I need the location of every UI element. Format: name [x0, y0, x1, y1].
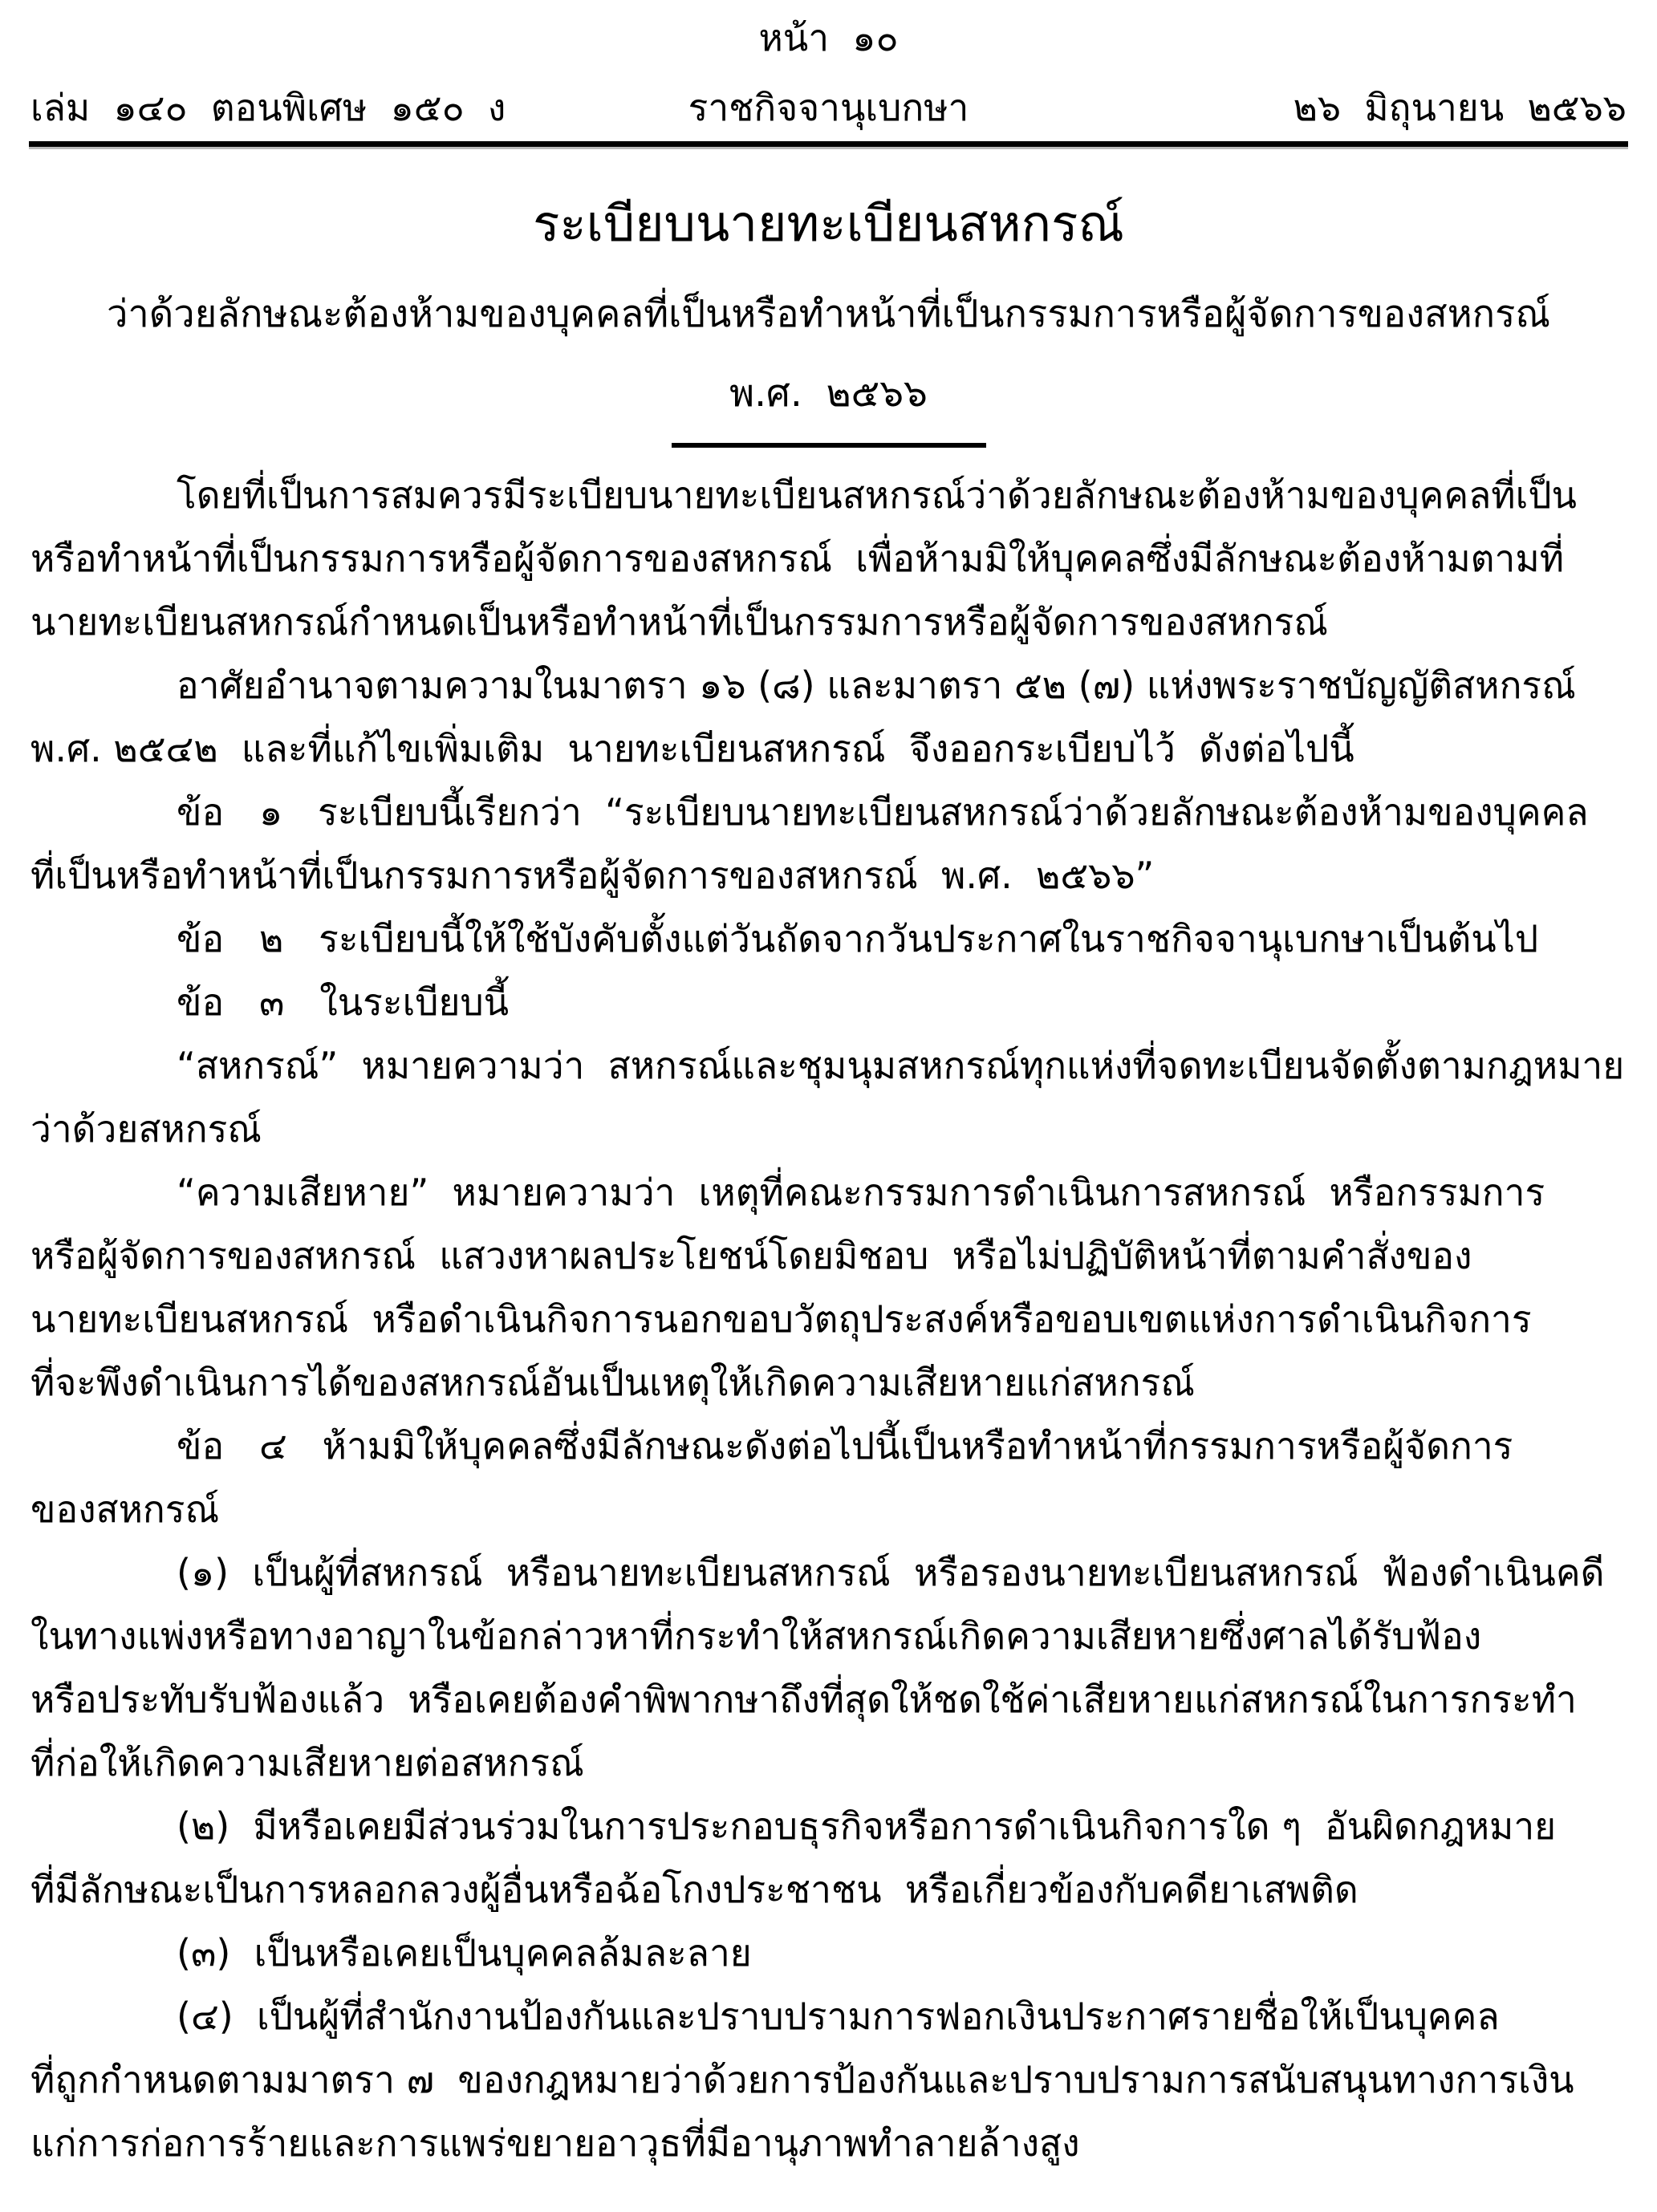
body-line: ในทางแพ่งหรือทางอาญาในข้อกล่าวหาที่กระทำ…: [30, 1605, 1628, 1668]
body-line: หรือประทับรับฟ้องแล้ว หรือเคยต้องคำพิพาก…: [30, 1668, 1628, 1731]
body-line: ที่ถูกกำหนดตามมาตรา ๗ ของกฎหมายว่าด้วยกา…: [30, 2048, 1628, 2112]
body-line: อาศัยอำนาจตามความในมาตรา ๑๖ (๘) และมาตรา…: [30, 654, 1628, 717]
document-title: ระเบียบนายทะเบียนสหกรณ์: [0, 193, 1657, 255]
volume-issue-label: เล่ม ๑๔๐ ตอนพิเศษ ๑๕๐ ง: [30, 83, 640, 132]
body-line: ของสหกรณ์: [30, 1478, 1628, 1541]
title-divider-rule: [672, 443, 986, 448]
masthead-row: เล่ม ๑๔๐ ตอนพิเศษ ๑๕๐ ง ราชกิจจานุเบกษา …: [0, 83, 1657, 132]
body-line: หรือทำหน้าที่เป็นกรรมการหรือผู้จัดการของ…: [30, 527, 1628, 591]
body-line: ว่าด้วยสหกรณ์: [30, 1098, 1628, 1161]
body-line: “ความเสียหาย” หมายความว่า เหตุที่คณะกรรม…: [30, 1161, 1628, 1224]
body-line: (๔) เป็นผู้ที่สำนักงานป้องกันและปราบปราม…: [30, 1985, 1628, 2048]
page-number-label: หน้า ๑๐: [0, 13, 1657, 63]
body-line: ข้อ ๑ ระเบียบนี้เรียกว่า “ระเบียบนายทะเบ…: [30, 781, 1628, 844]
body-line: ข้อ ๓ ในระเบียบนี้: [30, 971, 1628, 1034]
title-block: ระเบียบนายทะเบียนสหกรณ์ ว่าด้วยลักษณะต้อ…: [0, 193, 1657, 448]
document-year: พ.ศ. ๒๕๖๖: [0, 369, 1657, 419]
issue-date: ๒๖ มิถุนายน ๒๕๖๖: [1017, 83, 1627, 132]
body-line: นายทะเบียนสหกรณ์ หรือดำเนินกิจการนอกขอบว…: [30, 1288, 1628, 1351]
body-line: (๒) มีหรือเคยมีส่วนร่วมในการประกอบธุรกิจ…: [30, 1795, 1628, 1858]
masthead-rule: [29, 141, 1628, 149]
body-line: ข้อ ๔ ห้ามมิให้บุคคลซึ่งมีลักษณะดังต่อไป…: [30, 1414, 1628, 1478]
body-line: ที่เป็นหรือทำหน้าที่เป็นกรรมการหรือผู้จั…: [30, 844, 1628, 907]
gazette-masthead: หน้า ๑๐ เล่ม ๑๔๐ ตอนพิเศษ ๑๕๐ ง ราชกิจจา…: [0, 0, 1657, 149]
body-line: (๑) เป็นผู้ที่สหกรณ์ หรือนายทะเบียนสหกรณ…: [30, 1541, 1628, 1605]
body-line: (๓) เป็นหรือเคยเป็นบุคคลล้มละลาย: [30, 1922, 1628, 1985]
gazette-page: หน้า ๑๐ เล่ม ๑๔๐ ตอนพิเศษ ๑๕๐ ง ราชกิจจา…: [0, 0, 1657, 2212]
body-line: นายทะเบียนสหกรณ์กำหนดเป็นหรือทำหน้าที่เป…: [30, 591, 1628, 654]
body-line: พ.ศ. ๒๕๔๒ และที่แก้ไขเพิ่มเติม นายทะเบีย…: [30, 717, 1628, 781]
body-line: หรือผู้จัดการของสหกรณ์ แสวงหาผลประโยชน์โ…: [30, 1224, 1628, 1288]
body-line: ที่จะพึงดำเนินการได้ของสหกรณ์อันเป็นเหตุ…: [30, 1351, 1628, 1414]
document-body: โดยที่เป็นการสมควรมีระเบียบนายทะเบียนสหก…: [0, 464, 1657, 2175]
gazette-name: ราชกิจจานุเบกษา: [640, 83, 1017, 132]
body-line: “สหกรณ์” หมายความว่า สหกรณ์และชุมนุมสหกร…: [30, 1034, 1628, 1098]
document-subtitle: ว่าด้วยลักษณะต้องห้ามของบุคคลที่เป็นหรือ…: [0, 289, 1657, 340]
body-line: ที่มีลักษณะเป็นการหลอกลวงผู้อื่นหรือฉ้อโ…: [30, 1858, 1628, 1922]
body-line: ที่ก่อให้เกิดความเสียหายต่อสหกรณ์: [30, 1731, 1628, 1795]
body-line: ข้อ ๒ ระเบียบนี้ให้ใช้บังคับตั้งแต่วันถั…: [30, 907, 1628, 971]
body-line: โดยที่เป็นการสมควรมีระเบียบนายทะเบียนสหก…: [30, 464, 1628, 527]
body-line: แก่การก่อการร้ายและการแพร่ขยายอาวุธที่มี…: [30, 2112, 1628, 2175]
